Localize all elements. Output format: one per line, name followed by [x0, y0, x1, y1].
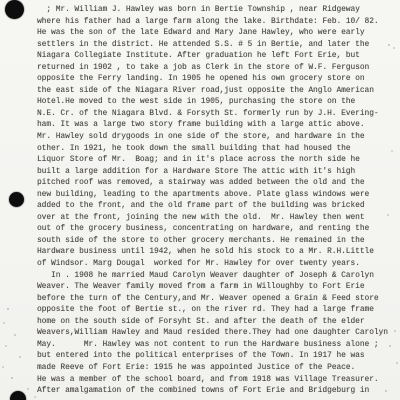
text-line: of Windsor. Marg Dougal worked for Mr. H…	[37, 259, 396, 271]
scan-noise-speckles	[0, 0, 2, 2]
text-line: where his father had a large farm along …	[37, 17, 396, 29]
text-line: made Reeve of Fort Erie: 1915 he was app…	[37, 363, 396, 375]
typewritten-text-block: ; Mr. William J. Hawley was born in Bert…	[37, 5, 396, 398]
text-line: but entered into the political enterpris…	[37, 351, 396, 363]
text-line: home on the south side of Forsyht St. an…	[37, 317, 396, 329]
text-line: the east side of the Niagara River road,…	[37, 86, 396, 98]
text-line: built a large addition for a Hardware St…	[37, 167, 396, 179]
text-line: He was the son of the late Edward and Ma…	[37, 28, 396, 40]
punch-hole-middle-icon	[9, 192, 24, 207]
text-line: Mr. Hawley sold drygoods in one side of …	[37, 132, 396, 144]
text-line: opposite the Ferry landing. In 1905 he o…	[37, 74, 396, 86]
text-line: After amalgamation of the combined towns…	[37, 386, 396, 398]
text-line: out of the grocery business, concentrati…	[37, 224, 396, 236]
text-line: other. In 1921, he took down the small b…	[37, 144, 396, 156]
scanned-document-page: ; Mr. William J. Hawley was born in Bert…	[0, 0, 400, 400]
text-line: May. Mr. Hawley was not content to run t…	[37, 340, 396, 352]
text-line: added to the front, and the old frame pa…	[37, 201, 396, 213]
text-line: Liquor Store of Mr. Boag; and in it's pl…	[37, 155, 396, 167]
punch-hole-bottom-icon	[10, 391, 26, 400]
text-line: over at the front, joining the new with …	[37, 213, 396, 225]
text-line: ; Mr. William J. Hawley was born in Bert…	[37, 5, 396, 17]
text-line: Weaver. The Weaver family moved from a f…	[37, 282, 396, 294]
text-line: opposite the foot of Bertie st., on the …	[37, 305, 396, 317]
text-line: pitched roof was removed, a stairway was…	[37, 178, 396, 190]
text-line: Weavers,William Hawley and Maud resided …	[37, 328, 396, 340]
text-line: Hardware business until 1942, when he so…	[37, 247, 396, 259]
text-line: He was a member of the school board, and…	[37, 375, 396, 387]
text-line: Niagara Collegiate Institute. After grad…	[37, 51, 396, 63]
text-line: new building, leading to the apartments …	[37, 190, 396, 202]
text-line: returned in 1902 , to take a job as Cler…	[37, 63, 396, 75]
text-line: N.E. Cr. of the Niagara Blvd. & Forsyth …	[37, 109, 396, 121]
text-line: ham. It was a large two story frame buil…	[37, 120, 396, 132]
text-line: In . 1908 he married Maud Carolyn Weaver…	[37, 271, 396, 283]
punch-hole-top-icon	[5, 0, 24, 19]
text-line: before the turn of the Century,and Mr. W…	[37, 294, 396, 306]
text-line: settlers in the district. He attended S.…	[37, 40, 396, 52]
text-line: south side of the store to other grocery…	[37, 236, 396, 248]
text-line: Hotel.He moved to the west side in 1905,…	[37, 97, 396, 109]
